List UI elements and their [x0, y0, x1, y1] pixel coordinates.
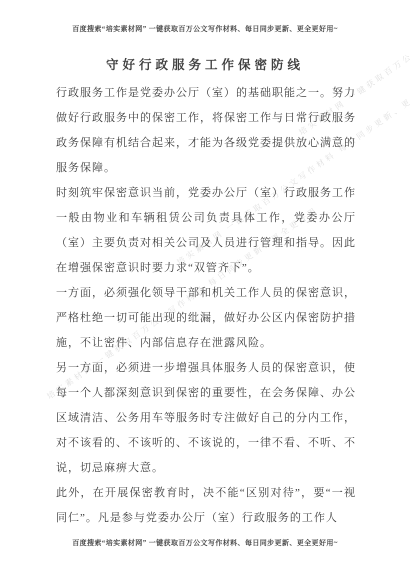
paragraph: 时刻筑牢保密意识当前，党委办公厅（室）行政服务工作一般由物业和车辆租赁公司负责具… [56, 181, 356, 281]
footer-promo-note: 百度搜索“培实素材网” 一键获取百万公文写作材料、每日同步更新、更全更好用~ [0, 538, 410, 548]
paragraph: 一方面，必须强化领导干部和机关工作人员的保密意识，严格杜绝一切可能出现的纰漏，做… [56, 281, 356, 356]
paragraph: 另一方面，必须进一步增强具体服务人员的保密意识，使每一个人都深刻意识到保密的重要… [56, 356, 356, 481]
paragraph: 行政服务工作是党委办公厅（室）的基础职能之一。努力做好行政服务中的保密工作，将保… [56, 81, 356, 181]
paragraph: 此外，在开展保密教育时，决不能“区别对待”，要“一视同仁”。凡是参与党委办公厅（… [56, 481, 356, 531]
header-promo-note: 百度搜索“培实素材网” 一键获取百万公文写作材料、每日同步更新、更全更好用~ [0, 24, 410, 34]
document-page: 百度搜索“培实素材网” 一键获取百万公文写作材料、每日同步更新、更全更好用~ 培… [0, 0, 410, 580]
document-body: 行政服务工作是党委办公厅（室）的基础职能之一。努力做好行政服务中的保密工作，将保… [56, 81, 356, 531]
document-title: 守好行政服务工作保密防线 [0, 55, 410, 73]
